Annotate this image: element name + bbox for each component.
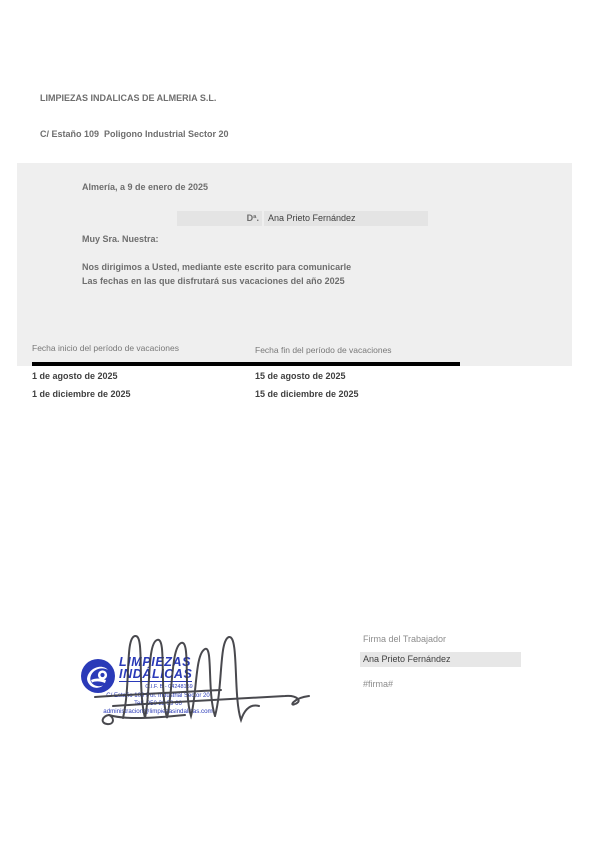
vacation-row1-start: 1 de agosto de 2025 [32,371,118,381]
worker-name-field[interactable]: Ana Prieto Fernández [360,652,521,667]
date-line: Almería, a 9 de enero de 2025 [82,182,208,192]
vacation-row1-end: 15 de agosto de 2025 [255,371,346,381]
letter-page: LIMPIEZAS INDALICAS DE ALMERIA S.L. C/ E… [0,0,595,841]
signature-placeholder: #firma# [363,679,393,689]
recipient-title-field: Dª. [177,211,262,226]
letterhead-company: LIMPIEZAS INDALICAS DE ALMERIA S.L. [40,92,229,104]
salutation: Muy Sra. Nuestra: [82,234,159,244]
body-line-1: Nos dirigimos a Usted, mediante este esc… [82,261,351,275]
signature-label: Firma del Trabajador [363,634,446,644]
recipient-row: Dª. Ana Prieto Fernández [177,211,428,226]
handwritten-signature [93,628,321,728]
letterhead-address: C/ Estaño 109 Poligono Industrial Sector… [40,128,229,140]
table-header-end: Fecha fin del período de vacaciones [255,345,392,355]
vacation-row2-end: 15 de diciembre de 2025 [255,389,359,399]
table-header-divider [32,362,460,366]
body-line-2: Las fechas en las que disfrutará sus vac… [82,275,351,289]
vacation-row2-start: 1 de diciembre de 2025 [32,389,131,399]
recipient-name-field[interactable]: Ana Prieto Fernández [264,211,428,226]
table-header-start: Fecha inicio del período de vacaciones [32,343,179,353]
letter-body-text: Nos dirigimos a Usted, mediante este esc… [82,261,351,288]
letter-body-panel: Almería, a 9 de enero de 2025 Dª. Ana Pr… [17,163,572,366]
